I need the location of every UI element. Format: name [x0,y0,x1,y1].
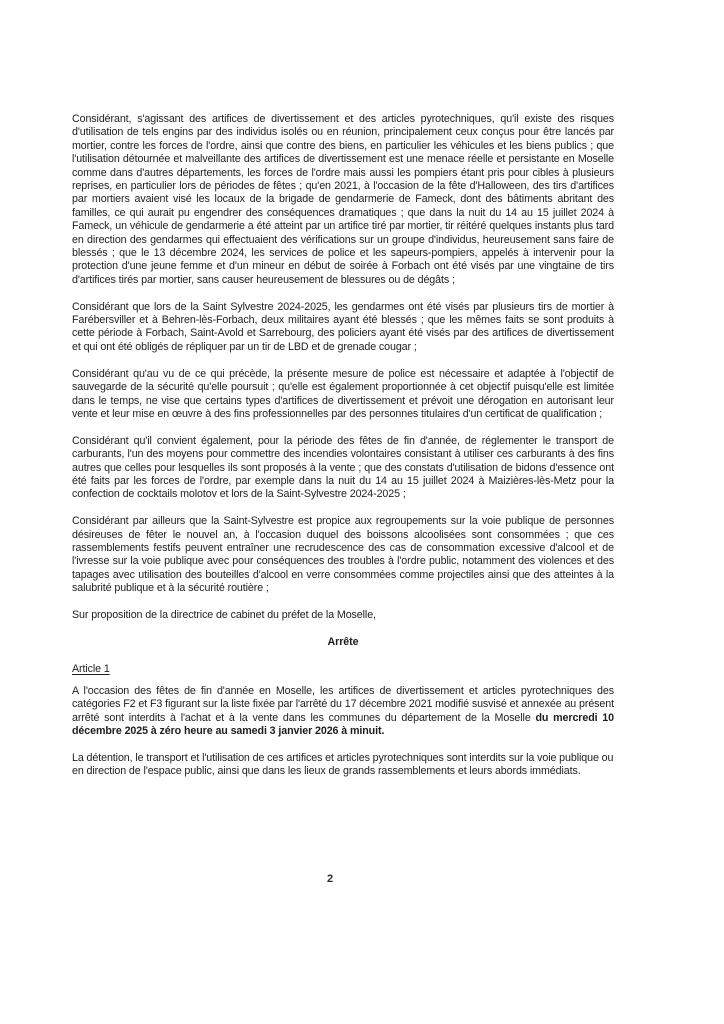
page-number: 2 [0,873,660,885]
sur-proposition-line: Sur proposition de la directrice de cabi… [72,609,614,622]
arrete-heading: Arrête [72,636,614,649]
document-page: Considérant, s'agissant des artifices de… [0,0,724,1024]
article-1-paragraph-2: La détention, le transport et l'utilisat… [72,752,614,779]
document-body: Considérant, s'agissant des artifices de… [72,113,614,792]
article-1-paragraph-1: A l'occasion des fêtes de fin d'année en… [72,685,614,739]
considerant-paragraph-3: Considérant qu'au vu de ce qui précède, … [72,368,614,422]
article-1-paragraph-1-text: A l'occasion des fêtes de fin d'année en… [72,685,614,724]
considerant-paragraph-2: Considérant que lors de la Saint Sylvest… [72,301,614,355]
considerant-paragraph-4: Considérant qu'il convient également, po… [72,435,614,502]
considerant-paragraph-1: Considérant, s'agissant des artifices de… [72,113,614,287]
considerant-paragraph-5: Considérant par ailleurs que la Saint-Sy… [72,515,614,595]
article-1-title: Article 1 [72,663,614,676]
